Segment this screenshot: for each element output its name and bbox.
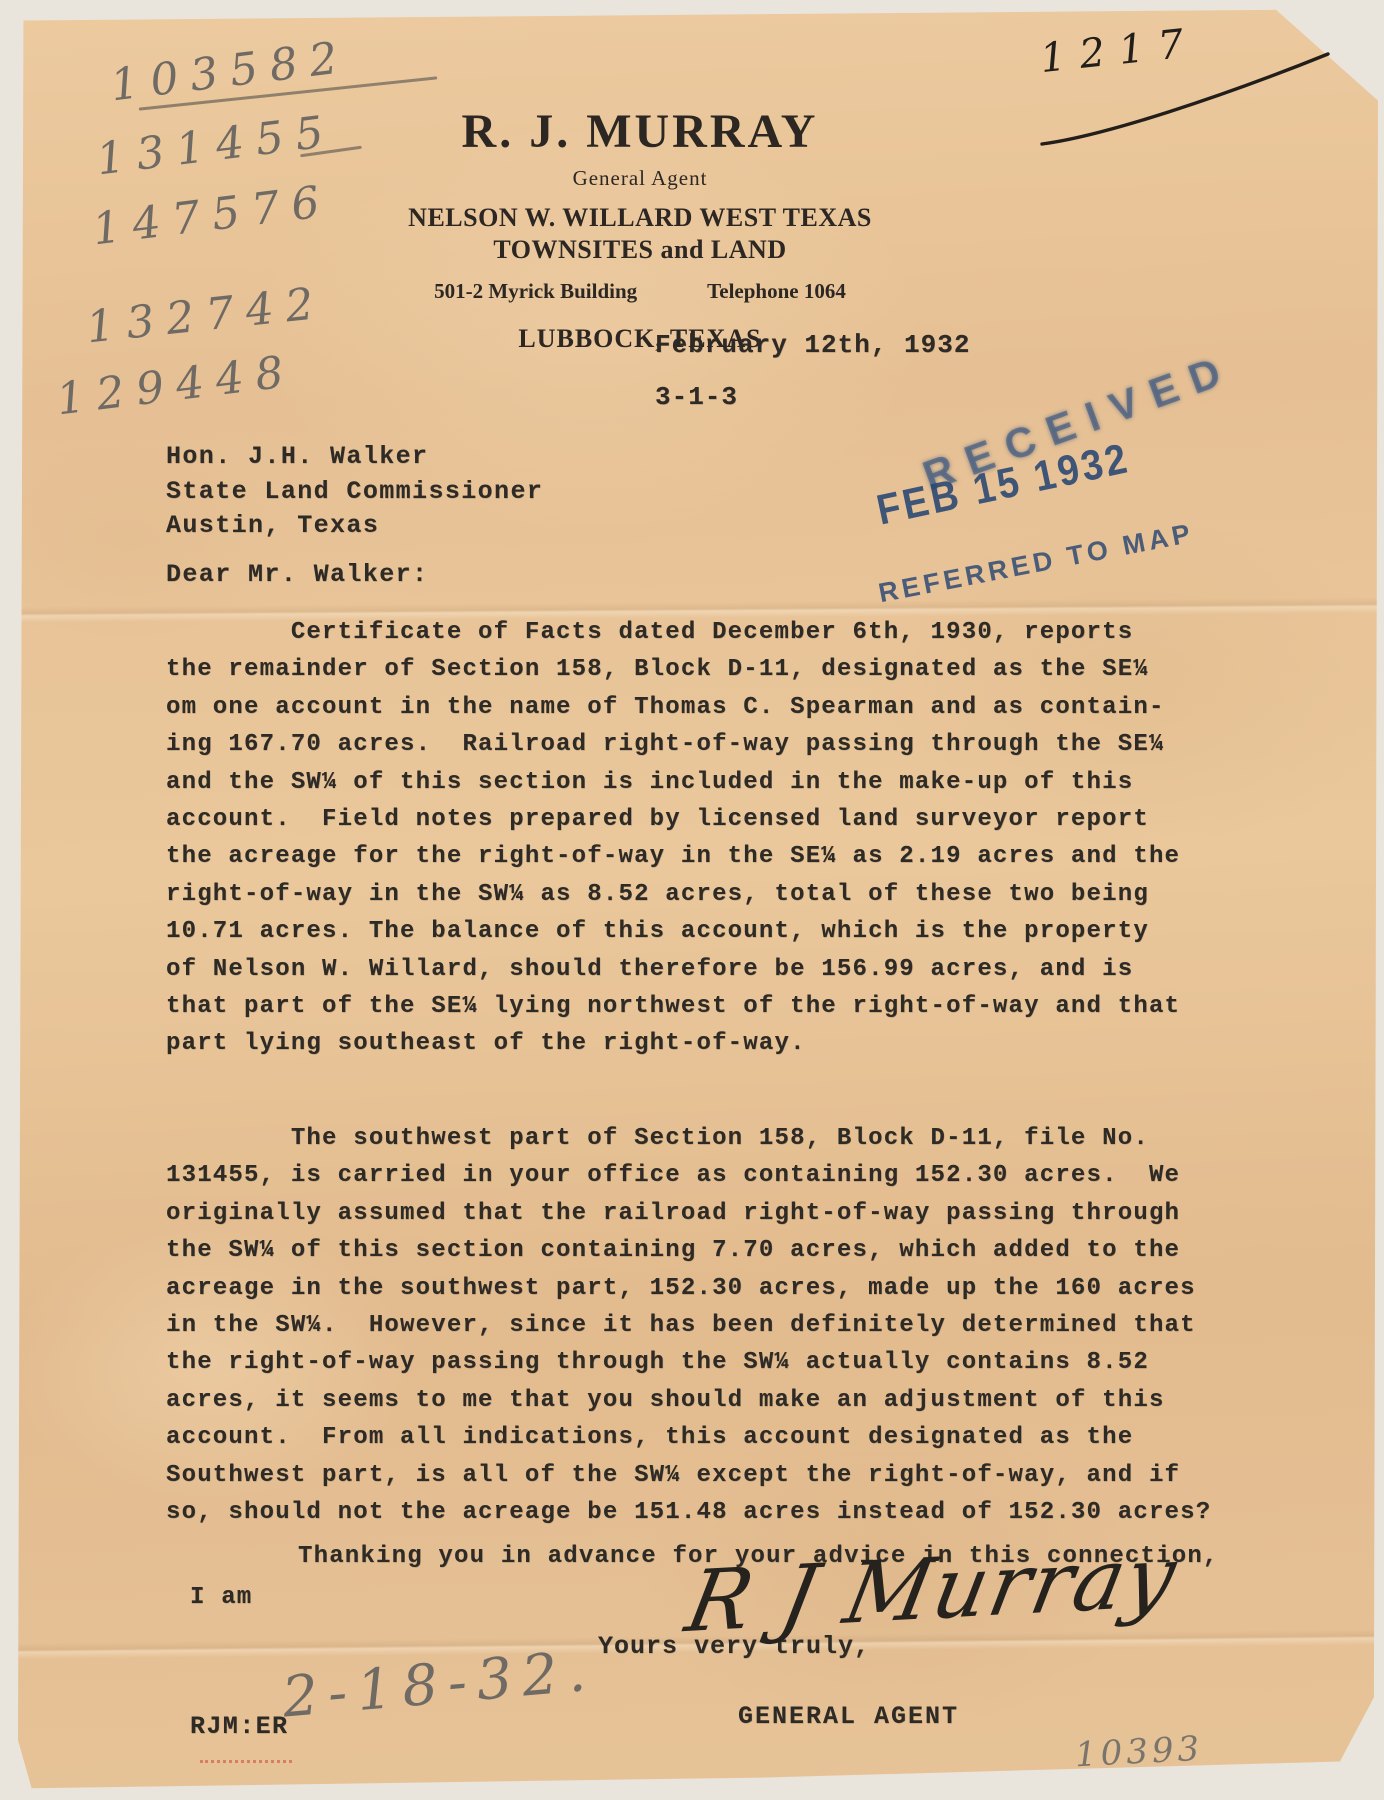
recipient-address: Hon. J.H. Walker State Land Commissioner… <box>166 440 543 544</box>
closing-i-am: I am <box>190 1584 252 1611</box>
letterhead-telephone: Telephone 1064 <box>707 279 846 304</box>
file-reference: 3-1-3 <box>655 382 738 412</box>
salutation: Dear Mr. Walker: <box>166 560 428 589</box>
scanned-letter-page: { "page": { "archive_number_top_right": … <box>0 0 1384 1800</box>
bottom-right-number: 10393 <box>1074 1729 1204 1776</box>
letterhead-company1: NELSON W. WILLARD WEST TEXAS <box>320 203 960 233</box>
letterhead-company2: TOWNSITES and LAND <box>320 235 960 265</box>
red-dotted-marks <box>200 1760 292 1763</box>
letterhead-name: R. J. MURRAY <box>320 106 960 158</box>
typist-initials: RJM:ER <box>190 1712 288 1741</box>
pen-underline-flourish <box>1024 48 1344 148</box>
body-paragraph-1: Certificate of Facts dated December 6th,… <box>166 614 1180 1063</box>
letterhead-title: General Agent <box>320 166 960 191</box>
signer-title: GENERAL AGENT <box>738 1702 959 1731</box>
body-paragraph-2: The southwest part of Section 158, Block… <box>166 1120 1211 1531</box>
letter-date: February 12th, 1932 <box>655 330 970 360</box>
letterhead: R. J. MURRAY General Agent NELSON W. WIL… <box>320 106 960 354</box>
letterhead-address-row: 501-2 Myrick Building Telephone 1064 <box>320 279 960 304</box>
letterhead-address: 501-2 Myrick Building <box>434 279 637 304</box>
